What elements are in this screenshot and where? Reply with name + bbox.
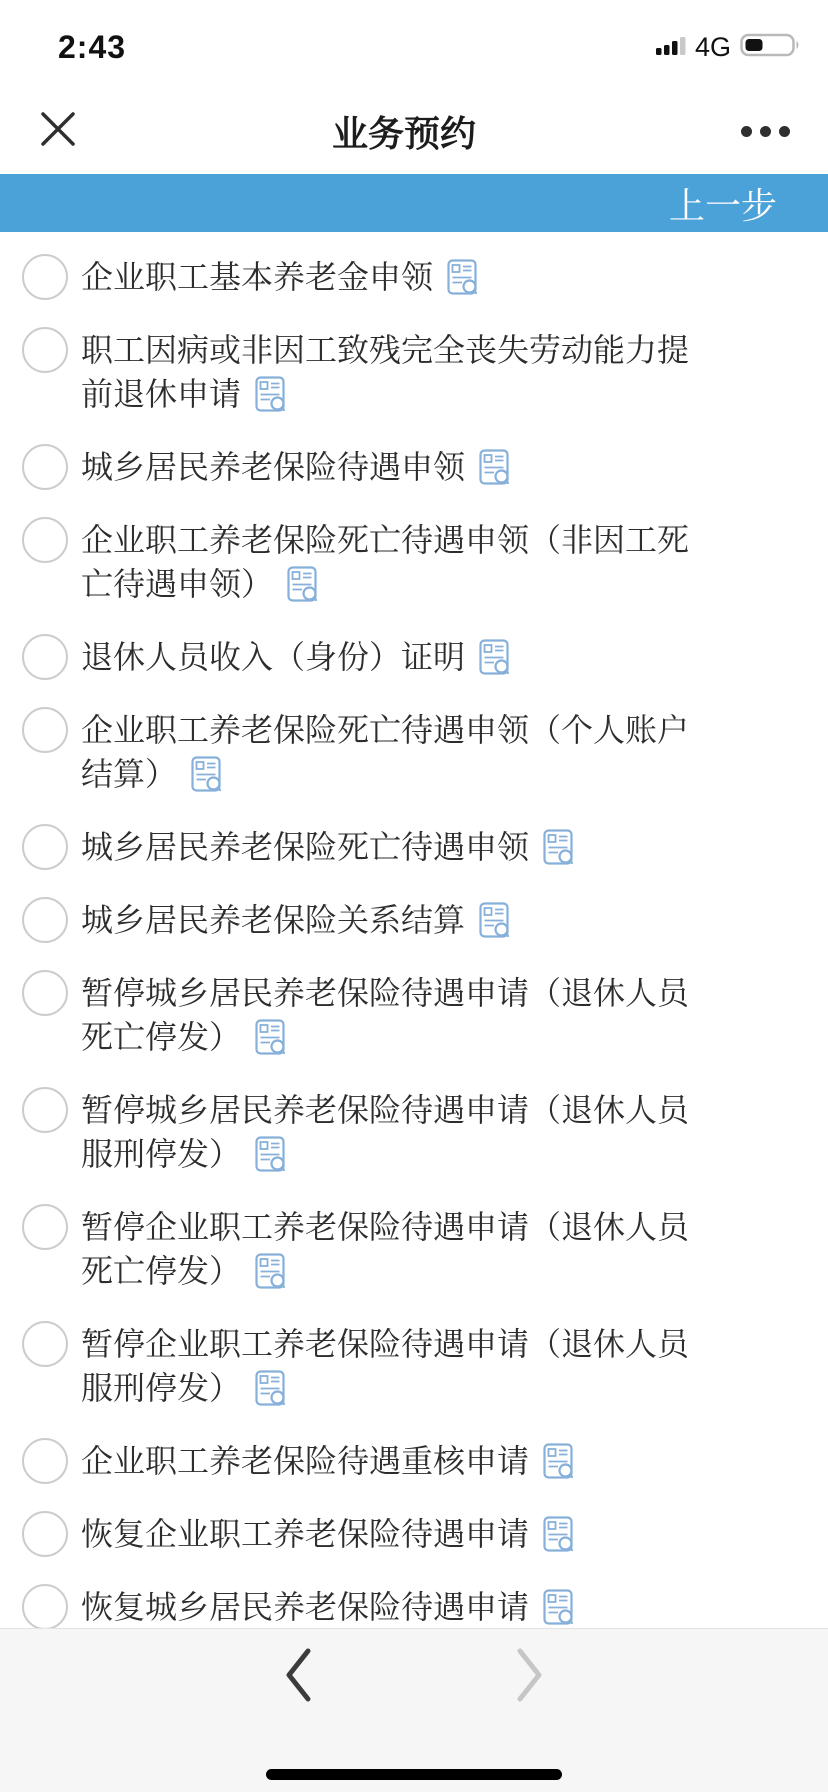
status-bar: 2:43 4G (0, 0, 828, 88)
pager (0, 1649, 828, 1705)
radio-button[interactable] (22, 824, 68, 870)
document-preview-icon[interactable] (479, 902, 509, 949)
service-label: 暂停城乡居民养老保险待遇申请（退休人员服刑停发） (81, 1092, 689, 1172)
document-preview-icon[interactable] (255, 1253, 285, 1300)
radio-button[interactable] (22, 707, 68, 753)
radio-button[interactable] (22, 254, 68, 300)
service-label: 城乡居民养老保险待遇申领 (81, 449, 465, 485)
service-label: 企业职工基本养老金申领 (81, 259, 433, 295)
network-type-label: 4G (695, 32, 731, 63)
service-label: 企业职工养老保险待遇重核申请 (81, 1443, 529, 1479)
service-label: 企业职工养老保险死亡待遇申领（非因工死亡待遇申领） (81, 522, 689, 602)
status-icons: 4G (656, 32, 802, 63)
document-preview-icon[interactable] (479, 639, 509, 686)
radio-button[interactable] (22, 897, 68, 943)
service-item[interactable]: 暂停城乡居民养老保险待遇申请（退休人员服刑停发） (0, 1077, 828, 1194)
service-label: 职工因病或非因工致残完全丧失劳动能力提前退休申请 (81, 332, 689, 412)
clock-label: 2:43 (58, 29, 126, 66)
radio-button[interactable] (22, 970, 68, 1016)
document-preview-icon[interactable] (447, 259, 477, 306)
radio-button[interactable] (22, 1087, 68, 1133)
page-title: 业务预约 (332, 106, 476, 157)
service-item[interactable]: 退休人员收入（身份）证明 (0, 624, 828, 697)
pagination-bar (0, 1628, 828, 1792)
service-item[interactable]: 暂停企业职工养老保险待遇申请（退休人员服刑停发） (0, 1311, 828, 1428)
service-item[interactable]: 企业职工基本养老金申领 (0, 244, 828, 317)
previous-page-button[interactable] (270, 1649, 326, 1705)
nav-bar: 业务预约 (0, 88, 828, 174)
radio-button[interactable] (22, 517, 68, 563)
chevron-left-icon (284, 1647, 312, 1708)
phone-screen: 2:43 4G (0, 0, 828, 1792)
more-icon (741, 126, 752, 137)
step-bar: 上一步 (0, 174, 828, 232)
radio-button[interactable] (22, 1584, 68, 1630)
next-page-button[interactable] (502, 1649, 558, 1705)
document-preview-icon[interactable] (255, 1370, 285, 1417)
service-label: 城乡居民养老保险死亡待遇申领 (81, 829, 529, 865)
service-label: 暂停企业职工养老保险待遇申请（退休人员服刑停发） (81, 1326, 689, 1406)
radio-button[interactable] (22, 1438, 68, 1484)
service-label: 恢复企业职工养老保险待遇申请 (81, 1516, 529, 1552)
service-label: 企业职工养老保险死亡待遇申领（个人账户结算） (81, 712, 689, 792)
service-label: 退休人员收入（身份）证明 (81, 639, 465, 675)
radio-button[interactable] (22, 327, 68, 373)
close-icon (40, 111, 76, 152)
document-preview-icon[interactable] (479, 449, 509, 496)
service-item[interactable]: 企业职工养老保险死亡待遇申领（个人账户结算） (0, 697, 828, 814)
battery-icon (740, 32, 802, 63)
service-item[interactable]: 企业职工养老保险死亡待遇申领（非因工死亡待遇申领） (0, 507, 828, 624)
document-preview-icon[interactable] (543, 829, 573, 876)
service-item[interactable]: 恢复企业职工养老保险待遇申请 (0, 1501, 828, 1574)
service-label: 城乡居民养老保险关系结算 (81, 902, 465, 938)
document-preview-icon[interactable] (287, 566, 317, 613)
document-preview-icon[interactable] (255, 1019, 285, 1066)
radio-button[interactable] (22, 1511, 68, 1557)
radio-button[interactable] (22, 634, 68, 680)
document-preview-icon[interactable] (543, 1516, 573, 1563)
close-button[interactable] (38, 111, 78, 151)
previous-step-button[interactable]: 上一步 (669, 178, 777, 229)
signal-strength-icon (656, 35, 686, 60)
service-label: 暂停城乡居民养老保险待遇申请（退休人员死亡停发） (81, 975, 689, 1055)
home-indicator[interactable] (266, 1769, 562, 1780)
document-preview-icon[interactable] (543, 1443, 573, 1490)
service-item[interactable]: 企业职工养老保险待遇重核申请 (0, 1428, 828, 1501)
chevron-right-icon (516, 1647, 544, 1708)
service-item[interactable]: 暂停城乡居民养老保险待遇申请（退休人员死亡停发） (0, 960, 828, 1077)
radio-button[interactable] (22, 1204, 68, 1250)
service-item[interactable]: 城乡居民养老保险待遇申领 (0, 434, 828, 507)
service-label: 暂停企业职工养老保险待遇申请（退休人员死亡停发） (81, 1209, 689, 1289)
service-item[interactable]: 城乡居民养老保险关系结算 (0, 887, 828, 960)
service-item[interactable]: 城乡居民养老保险死亡待遇申领 (0, 814, 828, 887)
service-list: 企业职工基本养老金申领 职工因病或非因工致残完全丧失劳动能力提前退休申请 城乡居… (0, 232, 828, 1764)
more-button[interactable] (730, 111, 790, 151)
document-preview-icon[interactable] (255, 376, 285, 423)
service-label: 恢复城乡居民养老保险待遇申请 (81, 1589, 529, 1625)
radio-button[interactable] (22, 444, 68, 490)
radio-button[interactable] (22, 1321, 68, 1367)
document-preview-icon[interactable] (255, 1136, 285, 1183)
service-item[interactable]: 暂停企业职工养老保险待遇申请（退休人员死亡停发） (0, 1194, 828, 1311)
service-item[interactable]: 职工因病或非因工致残完全丧失劳动能力提前退休申请 (0, 317, 828, 434)
document-preview-icon[interactable] (191, 756, 221, 803)
